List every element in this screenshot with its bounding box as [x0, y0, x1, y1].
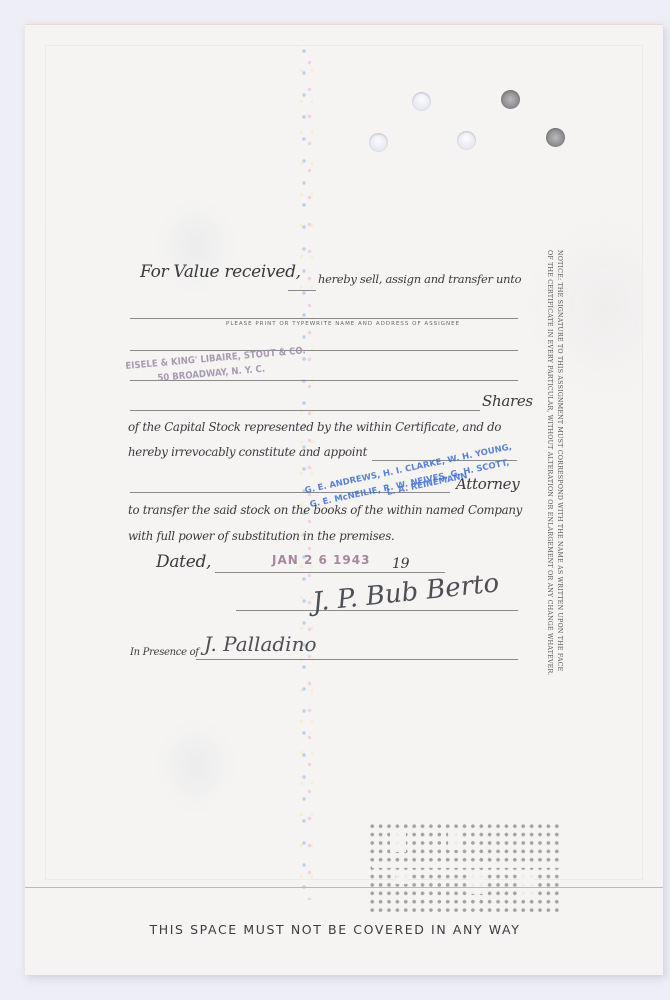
perforation-gap — [520, 870, 534, 896]
color-fiber-dots — [295, 40, 313, 900]
do-not-cover-notice: THIS SPACE MUST NOT BE COVERED IN ANY WA… — [0, 922, 670, 937]
cancellation-hole — [501, 90, 520, 109]
perforation-gap — [390, 832, 406, 852]
bottom-margin-line — [25, 887, 663, 888]
assignee-address-line-1 — [130, 350, 518, 351]
capital-stock-text: of the Capital Stock represented by the … — [128, 420, 501, 434]
shares-count-line — [130, 410, 480, 411]
perforation-gap — [470, 872, 484, 894]
date-line — [215, 572, 445, 573]
signature-notice: NOTICE: THE SIGNATURE TO THIS ASSIGNMENT… — [548, 250, 566, 690]
dated-label: Dated, — [156, 552, 211, 572]
perforation-gap — [372, 862, 562, 868]
for-value-received-text: For Value received, — [140, 262, 301, 282]
shares-text: Shares — [482, 392, 533, 410]
substitution-text: with full power of substitution in the p… — [128, 529, 394, 543]
perforation-gap — [448, 832, 462, 850]
assignee-name-line — [130, 318, 518, 319]
perforation-gap — [396, 870, 408, 884]
sell-assign-transfer-text: hereby sell, assign and transfer unto — [318, 272, 521, 286]
in-presence-of-label: In Presence of — [130, 647, 199, 658]
signature-notice-line-1: NOTICE: THE SIGNATURE TO THIS ASSIGNMENT… — [555, 250, 563, 671]
constitute-appoint-text: hereby irrevocably constitute and appoin… — [128, 445, 367, 459]
date-stamp: JAN 2 6 1943 — [272, 553, 370, 567]
cancellation-hole — [369, 133, 388, 152]
year-prefix: 19 — [392, 556, 409, 572]
cancellation-hole — [412, 92, 431, 111]
witness-line — [196, 659, 518, 660]
witness-signature: J. Palladino — [204, 632, 317, 656]
cancellation-hole — [546, 128, 565, 147]
assignee-instruction: PLEASE PRINT OR TYPEWRITE NAME AND ADDRE… — [226, 321, 460, 327]
assignor-blank-line — [288, 290, 316, 291]
cancellation-hole — [457, 131, 476, 150]
signature-notice-line-2: OF THE CERTIFICATE IN EVERY PARTICULAR, … — [545, 250, 553, 676]
transfer-on-books-text: to transfer the said stock on the books … — [128, 503, 522, 517]
